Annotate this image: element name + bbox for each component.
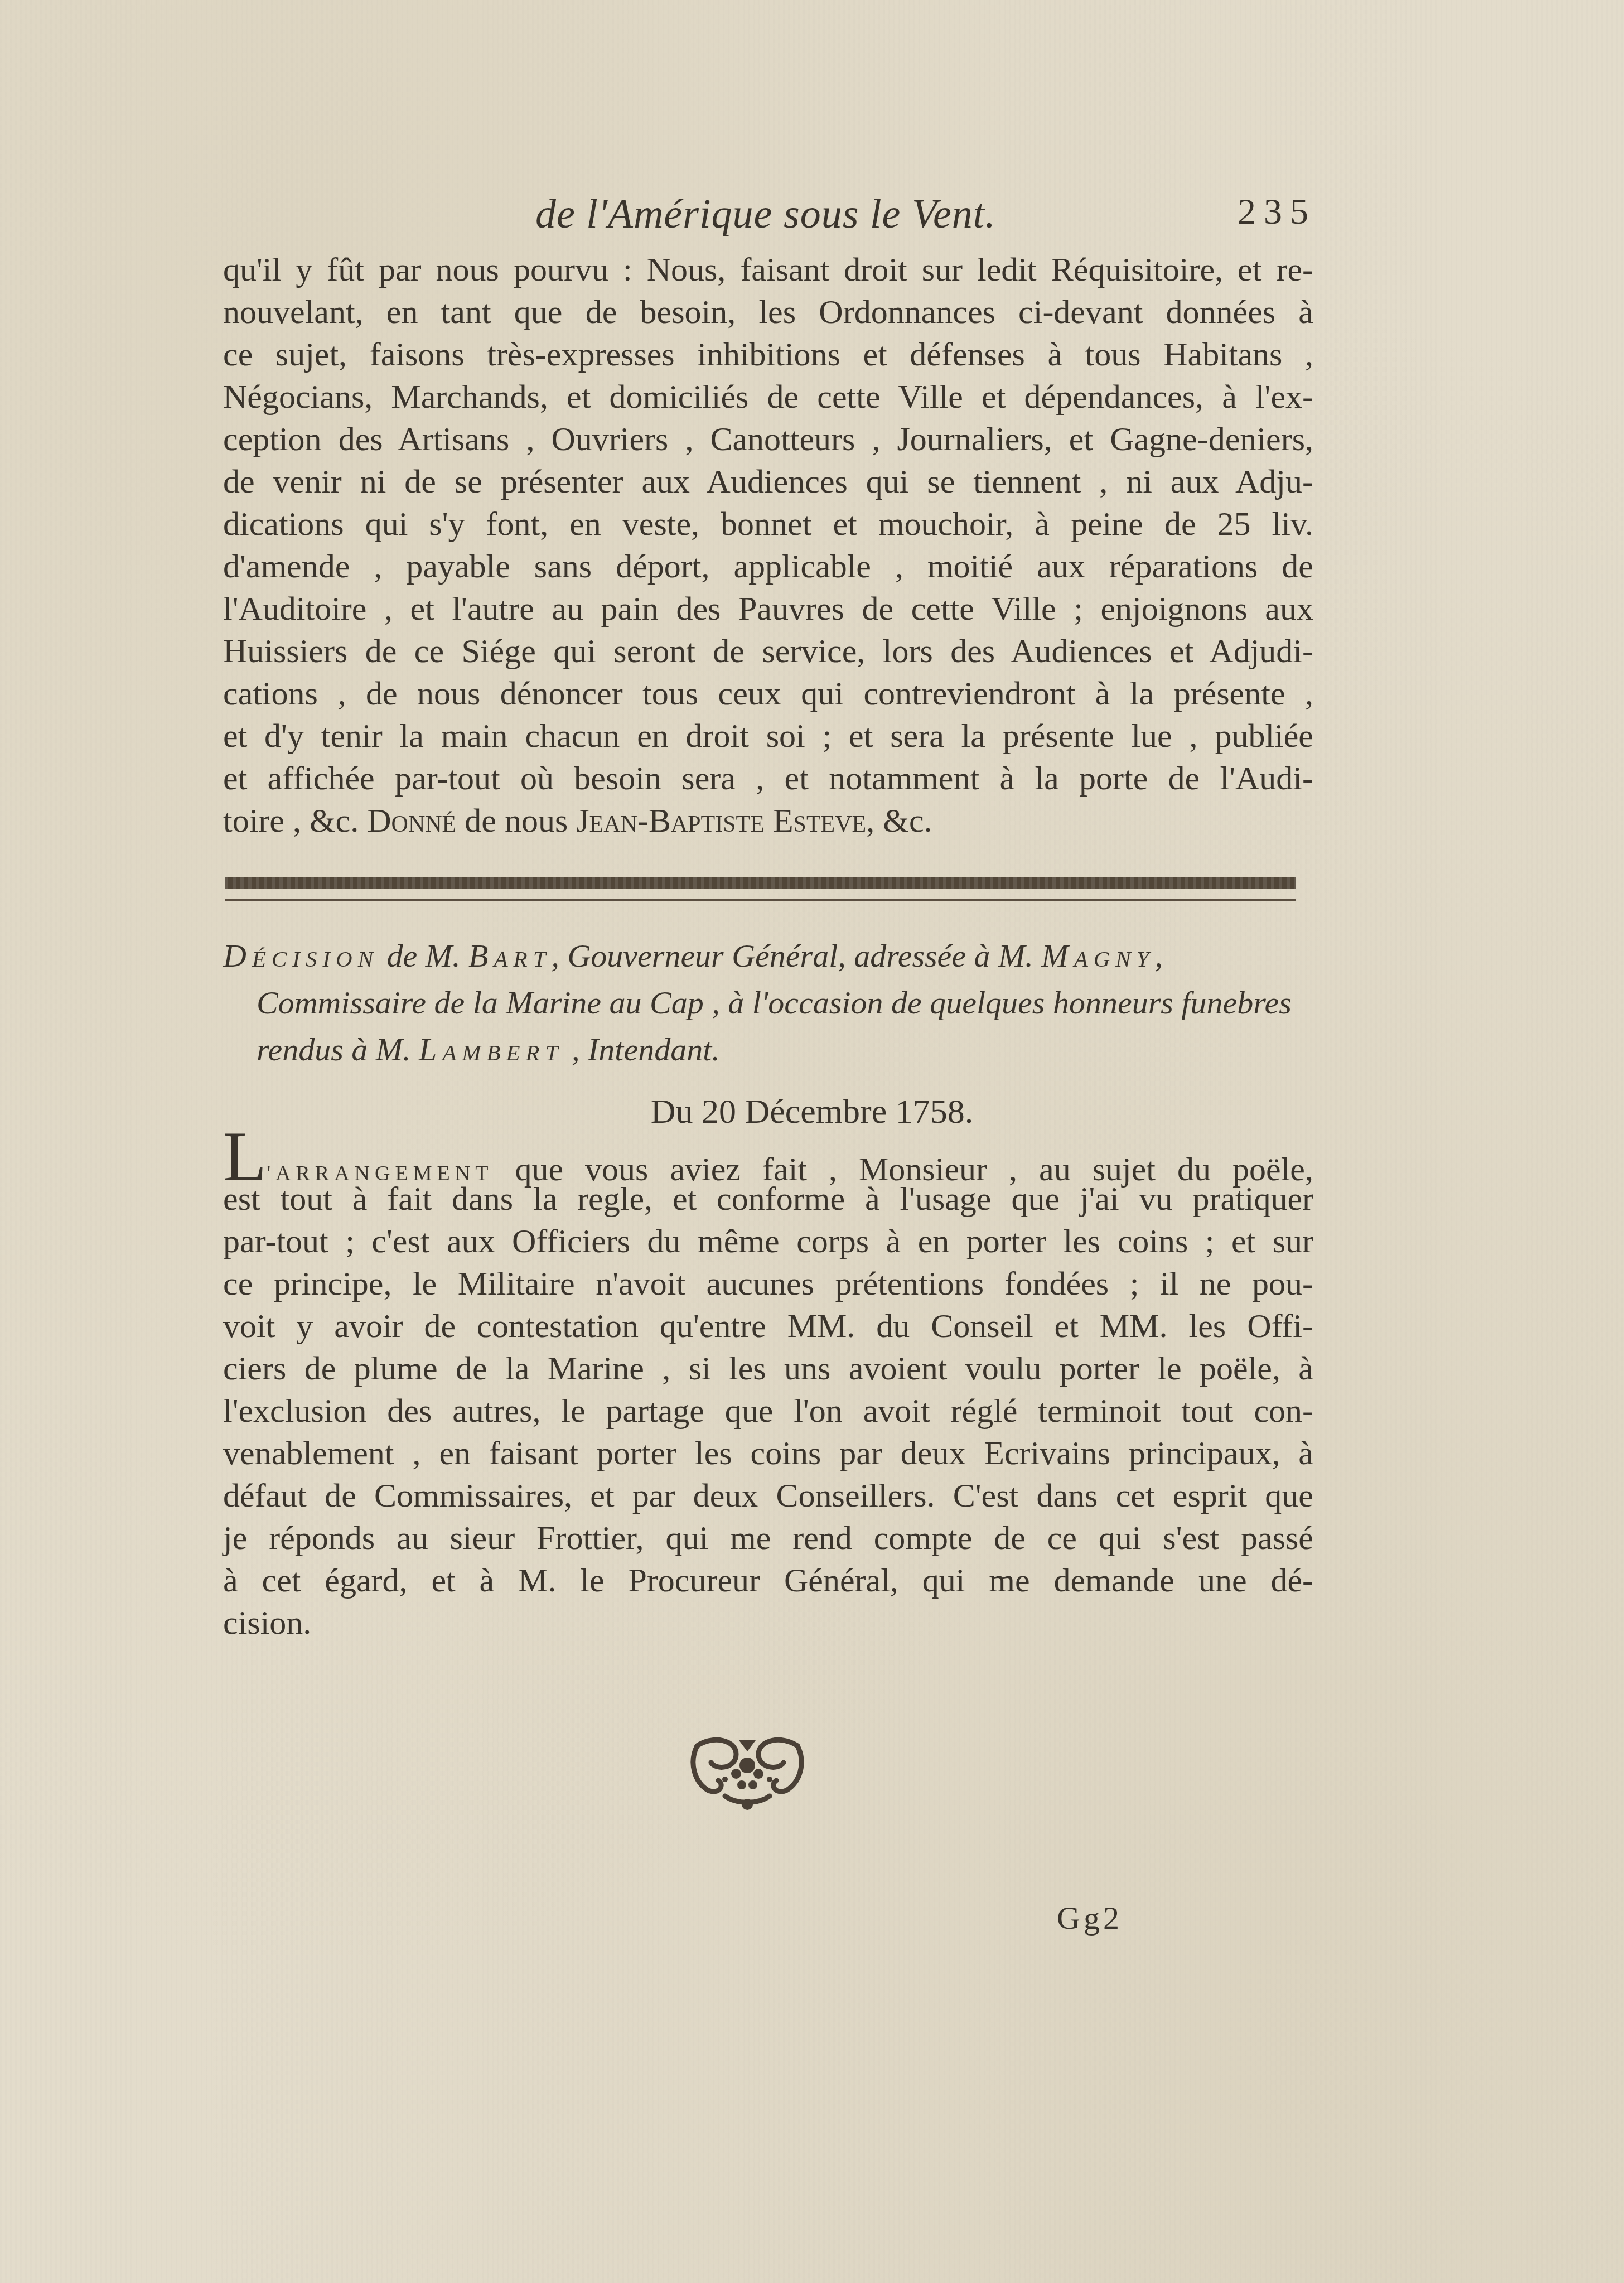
text-line: et affichée par-tout où besoin sera , et… bbox=[223, 757, 1313, 799]
person-lambert: Lambert bbox=[419, 1031, 563, 1068]
signatory-name: Jean-Baptiste Esteve bbox=[576, 802, 866, 839]
text-line: par-tout ; c'est aux Officiers du même c… bbox=[223, 1220, 1313, 1262]
person-magny: Magny bbox=[1041, 938, 1154, 974]
signature-mark: Gg2 bbox=[1057, 1899, 1123, 1937]
text-line: venablement , en faisant porter les coin… bbox=[223, 1432, 1313, 1474]
text-line: défaut de Commissaires, et par deux Cons… bbox=[223, 1474, 1313, 1517]
decision-heading: Décision de M. Bart, Gouverneur Général,… bbox=[223, 933, 1313, 1073]
heading-text: , Intendant. bbox=[563, 1031, 719, 1068]
text-line: cations , de nous dénoncer tous ceux qui… bbox=[223, 672, 1313, 715]
text-line: ce principe, le Militaire n'avoit aucune… bbox=[223, 1262, 1313, 1305]
book-page: de l'Amérique sous le Vent. 235 qu'il y … bbox=[0, 0, 1624, 2283]
ordinance-text-continuation: qu'il y fût par nous pourvu : Nous, fais… bbox=[223, 248, 1313, 842]
heading-line: Décision de M. Bart, Gouverneur Général,… bbox=[223, 933, 1313, 979]
text-line: ce sujet, faisons très-expresses inhibit… bbox=[223, 333, 1313, 375]
page-number: 235 bbox=[1238, 191, 1316, 233]
heading-text: rendus à M. bbox=[257, 1031, 419, 1068]
text-line: d'amende , payable sans déport, applicab… bbox=[223, 545, 1313, 587]
heading-line: rendus à M. Lambert , Intendant. bbox=[223, 1026, 1313, 1073]
text-line: Huissiers de ce Siége qui seront de serv… bbox=[223, 630, 1313, 672]
text-line: qu'il y fût par nous pourvu : Nous, fais… bbox=[223, 248, 1313, 291]
closing-text: toire , &c. bbox=[223, 802, 367, 839]
text-line: est tout à fait dans la regle, et confor… bbox=[223, 1177, 1313, 1220]
text-line: de venir ni de se présenter aux Audience… bbox=[223, 460, 1313, 503]
decision-text: L'ARRANGEMENT que vous aviez fait , Mons… bbox=[223, 1135, 1313, 1644]
person-bart: Bart bbox=[468, 938, 551, 974]
text-line: ception des Artisans , Ouvriers , Canott… bbox=[223, 418, 1313, 460]
first-line: L'ARRANGEMENT que vous aviez fait , Mons… bbox=[223, 1135, 1313, 1177]
thin-rule bbox=[225, 899, 1296, 901]
text-line: l'exclusion des autres, le partage que l… bbox=[223, 1389, 1313, 1432]
heading-text: , bbox=[1154, 938, 1163, 974]
text-line: ciers de plume de la Marine , si les uns… bbox=[223, 1347, 1313, 1389]
running-title: de l'Amérique sous le Vent. bbox=[535, 191, 996, 238]
text-line: et d'y tenir la main chacun en droit soi… bbox=[223, 715, 1313, 757]
text-line: à cet égard, et à M. le Procureur Généra… bbox=[223, 1559, 1313, 1601]
ornamental-rule bbox=[225, 877, 1296, 889]
closing-line: toire , &c. Donné de nous Jean-Baptiste … bbox=[223, 799, 1313, 842]
closing-text: de nous bbox=[456, 802, 576, 839]
heading-line: Commissaire de la Marine au Cap , à l'oc… bbox=[223, 979, 1313, 1026]
text-line: je réponds au sieur Frottier, qui me ren… bbox=[223, 1517, 1313, 1559]
donne-word: Donné bbox=[367, 802, 456, 839]
text-line: voit y avoir de contestation qu'entre MM… bbox=[223, 1305, 1313, 1347]
heading-text: , Gouverneur Général, adressée à M. bbox=[551, 938, 1041, 974]
text-line: nouvelant, en tant que de besoin, les Or… bbox=[223, 291, 1313, 333]
text-line: Négocians, Marchands, et domiciliés de c… bbox=[223, 375, 1313, 418]
heading-word-decision: Décision bbox=[223, 938, 379, 974]
text-line: cision. bbox=[223, 1601, 1313, 1644]
running-head: de l'Amérique sous le Vent. 235 bbox=[535, 191, 1316, 247]
text-line: l'Auditoire , et l'autre au pain des Pau… bbox=[223, 587, 1313, 630]
fleuron-ornament-icon bbox=[686, 1729, 809, 1813]
text-line: dications qui s'y font, en veste, bonnet… bbox=[223, 503, 1313, 545]
closing-text: , &c. bbox=[866, 802, 932, 839]
heading-text: de M. bbox=[379, 938, 468, 974]
